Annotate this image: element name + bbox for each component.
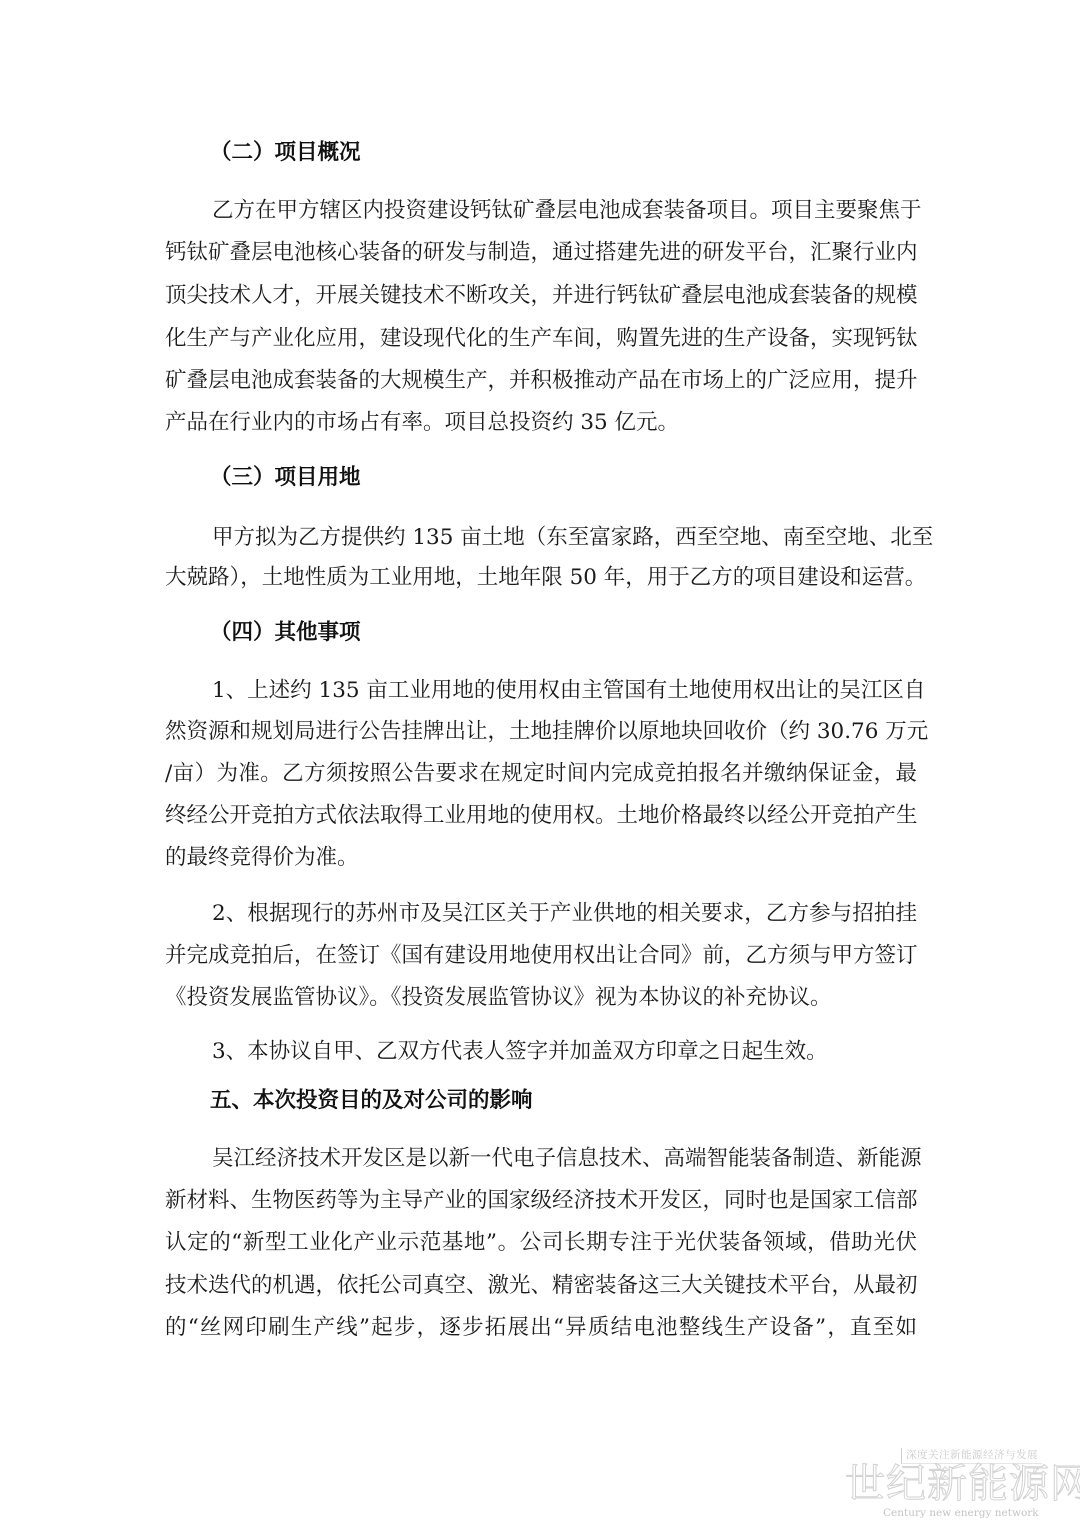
text-line: 的“丝网印刷生产线”起步，逐步拓展出“异质结电池整线生产设备”，直至如 — [165, 1315, 917, 1341]
text-line: 甲方拟为乙方提供约 135 亩土地（东至富家路，西至空地、南至空地、北至 — [212, 525, 917, 551]
section-heading-project-land: （三）项目用地 — [210, 465, 361, 491]
text-line: 3、本协议自甲、乙双方代表人签字并加盖双方印章之日起生效。 — [212, 1039, 917, 1065]
text-line: 的最终竞得价为准。 — [165, 845, 917, 871]
text-line: 并完成竞拍后，在签订《国有建设用地使用权出让合同》前，乙方须与甲方签订 — [165, 943, 917, 969]
text-line: 大兢路），土地性质为工业用地，土地年限 50 年，用于乙方的项目建设和运营。 — [165, 565, 917, 591]
text-line: 产品在行业内的市场占有率。项目总投资约 35 亿元。 — [165, 410, 917, 436]
section-heading-project-overview: （二）项目概况 — [210, 140, 361, 166]
text-line: 终经公开竞拍方式依法取得工业用地的使用权。土地价格最终以经公开竞拍产生 — [165, 803, 917, 829]
text-line: 2、根据现行的苏州市及吴江区关于产业供地的相关要求，乙方参与招拍挂 — [212, 901, 917, 927]
text-line: 钙钛矿叠层电池核心装备的研发与制造，通过搭建先进的研发平台，汇聚行业内 — [165, 240, 917, 266]
watermark-title: 世纪新能源网 — [845, 1462, 1080, 1506]
text-line: 化生产与产业化应用，建设现代化的生产车间，购置先进的生产设备，实现钙钛 — [165, 326, 917, 352]
text-line: 《投资发展监管协议》。《投资发展监管协议》视为本协议的补充协议。 — [165, 985, 917, 1011]
text-line: 技术迭代的机遇，依托公司真空、激光、精密装备这三大关键技术平台，从最初 — [165, 1273, 917, 1299]
text-line: 1、上述约 135 亩工业用地的使用权由主管国有土地使用权出让的吴江区自 — [212, 678, 917, 704]
text-line: 吴江经济技术开发区是以新一代电子信息技术、高端智能装备制造、新能源 — [212, 1146, 917, 1172]
watermark-subtitle: Century new energy network — [883, 1507, 1039, 1519]
text-line: 乙方在甲方辖区内投资建设钙钛矿叠层电池成套装备项目。项目主要聚焦于 — [212, 198, 917, 224]
text-line: 顶尖技术人才，开展关键技术不断攻关，并进行钙钛矿叠层电池成套装备的规模 — [165, 283, 917, 309]
document-page: （二）项目概况 乙方在甲方辖区内投资建设钙钛矿叠层电池成套装备项目。项目主要聚焦… — [0, 0, 1080, 1527]
text-line: 然资源和规划局进行公告挂牌出让，土地挂牌价以原地块回收价（约 30.76 万元 — [165, 719, 917, 745]
text-line: 认定的“新型工业化产业示范基地”。公司长期专注于光伏装备领域，借助光伏 — [165, 1230, 917, 1256]
section-heading-investment-purpose: 五、本次投资目的及对公司的影响 — [210, 1088, 533, 1114]
text-line: 新材料、生物医药等为主导产业的国家级经济技术开发区，同时也是国家工信部 — [165, 1188, 917, 1214]
watermark-logo: 深度关注新能源经济与发展 世纪新能源网 Century new energy n… — [845, 1448, 1075, 1524]
section-heading-other-matters: （四）其他事项 — [210, 620, 361, 646]
text-line: 矿叠层电池成套装备的大规模生产，并积极推动产品在市场上的广泛应用，提升 — [165, 368, 917, 394]
text-line: /亩）为准。乙方须按照公告要求在规定时间内完成竞拍报名并缴纳保证金，最 — [165, 761, 917, 787]
